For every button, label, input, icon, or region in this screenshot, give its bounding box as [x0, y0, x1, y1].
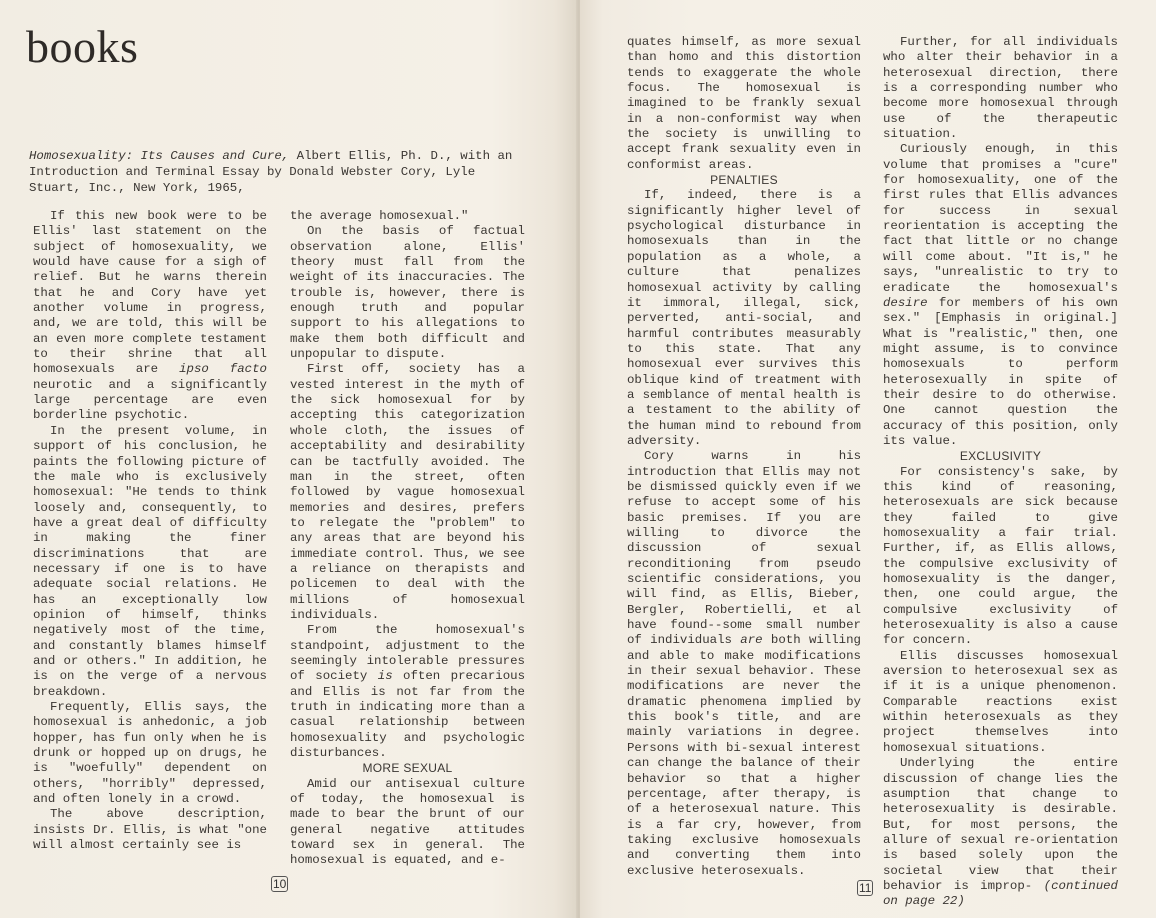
- subheading-more-sexual: MORE SEXUAL: [290, 761, 525, 776]
- paragraph: the average homosexual.": [290, 209, 525, 224]
- paragraph: Amid our antisexual culture of today, th…: [290, 777, 525, 869]
- article-column-1: If this new book were to be Ellis' last …: [33, 209, 267, 853]
- paragraph: Further, for all individuals who alter t…: [883, 35, 1118, 142]
- subheading-penalties: PENALTIES: [627, 173, 861, 188]
- paragraph: First off, society has a vested interest…: [290, 362, 525, 623]
- paragraph: Curiously enough, in this volume that pr…: [883, 142, 1118, 449]
- emphasis: desire: [883, 296, 928, 310]
- paragraph: In the present volume, in support of his…: [33, 424, 267, 700]
- article-column-2: the average homosexual." On the basis of…: [290, 209, 525, 869]
- book-title: Homosexuality: Its Causes and Cure,: [29, 149, 289, 163]
- page-number-left: 10: [271, 876, 288, 892]
- paragraph: On the basis of factual observation alon…: [290, 224, 525, 362]
- paragraph: Frequently, Ellis says, the homosexual i…: [33, 700, 267, 807]
- paragraph: quates himself, as more sexual than homo…: [627, 35, 861, 173]
- book-citation: Homosexuality: Its Causes and Cure, Albe…: [29, 148, 529, 196]
- paragraph: If, indeed, there is a significantly hig…: [627, 188, 861, 449]
- article-column-3: quates himself, as more sexual than homo…: [627, 35, 861, 879]
- paragraph: For consistency's sake, by this kind of …: [883, 465, 1118, 649]
- emphasis: are: [740, 633, 762, 647]
- article-column-4: Further, for all individuals who alter t…: [883, 35, 1118, 910]
- emphasis: ipso facto: [179, 362, 267, 376]
- paragraph: If this new book were to be Ellis' last …: [33, 209, 267, 424]
- paragraph: Ellis discusses homosexual aversion to h…: [883, 649, 1118, 756]
- page-number-right: 11: [857, 880, 873, 896]
- paragraph: Cory warns in his introduction that Elli…: [627, 449, 861, 879]
- subheading-exclusivity: EXCLUSIVITY: [883, 449, 1118, 464]
- paragraph: From the homosexual's standpoint, adjust…: [290, 623, 525, 761]
- emphasis: is: [378, 669, 393, 683]
- paragraph: Underlying the entire discussion of chan…: [883, 756, 1118, 909]
- paragraph: The above description, insists Dr. Ellis…: [33, 807, 267, 853]
- section-title: books: [26, 20, 138, 73]
